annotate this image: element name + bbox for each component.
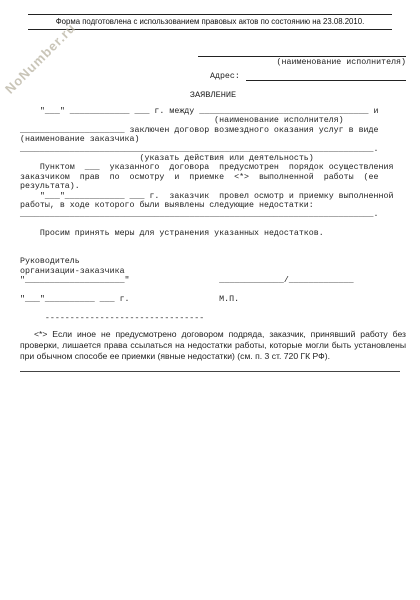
dashed-separator: -------------------------------- — [20, 314, 406, 323]
footnote-text: <*> Если иное не предусмотрено договором… — [20, 329, 406, 362]
doc-line: Просим принять меры для устранения указа… — [20, 229, 406, 238]
signature-line: "____________________" _____________/___… — [20, 276, 406, 285]
doc-line: ________________________________________… — [20, 145, 406, 154]
doc-line — [20, 304, 406, 313]
doc-line: результата). — [20, 182, 406, 191]
signature-role-line: Руководитель — [20, 257, 406, 266]
prepared-note-text: Форма подготовлена с использованием прав… — [56, 17, 365, 26]
doc-line — [20, 286, 406, 295]
doc-line: (наименование исполнителя) — [20, 116, 406, 125]
executor-caption: (наименование исполнителя) — [198, 57, 406, 67]
typewriter-block: "___" ____________ ___ г. между ________… — [20, 107, 406, 323]
doc-line: "___" ____________ ___ г. между ________… — [20, 107, 406, 116]
document-page: Форма подготовлена с использованием прав… — [0, 0, 420, 600]
doc-line — [20, 239, 406, 248]
doc-line — [20, 220, 406, 229]
address-blank — [246, 71, 406, 81]
doc-line: "___"____________ ___ г. заказчик провел… — [20, 192, 406, 201]
doc-line: (указать действия или деятельность) — [20, 154, 406, 163]
document-body: (наименование исполнителя) Адрес: ЗАЯВЛЕ… — [20, 47, 406, 372]
executor-name-blank — [198, 47, 406, 57]
doc-line: заказчиком прав по осмотру и приемке <*>… — [20, 173, 406, 182]
address-row: Адрес: — [198, 71, 406, 81]
signature-role-line: организации-заказчика — [20, 267, 406, 276]
doc-line: ________________________________________… — [20, 210, 406, 219]
doc-line — [20, 248, 406, 257]
recipient-block: (наименование исполнителя) Адрес: — [198, 47, 406, 81]
bottom-rule — [20, 371, 400, 372]
address-label: Адрес: — [210, 72, 240, 81]
date-stamp-line: "___"__________ ___ г. М.П. — [20, 295, 406, 304]
doc-line: работы, в ходе которого были выявлены сл… — [20, 201, 406, 210]
document-title: ЗАЯВЛЕНИЕ — [20, 90, 406, 100]
doc-line: Пунктом ___ указанного договора предусмо… — [20, 163, 406, 172]
doc-line: _____________________ заключен договор в… — [20, 126, 406, 135]
prepared-note-banner: Форма подготовлена с использованием прав… — [28, 14, 392, 30]
doc-line: (наименование заказчика) — [20, 135, 406, 144]
